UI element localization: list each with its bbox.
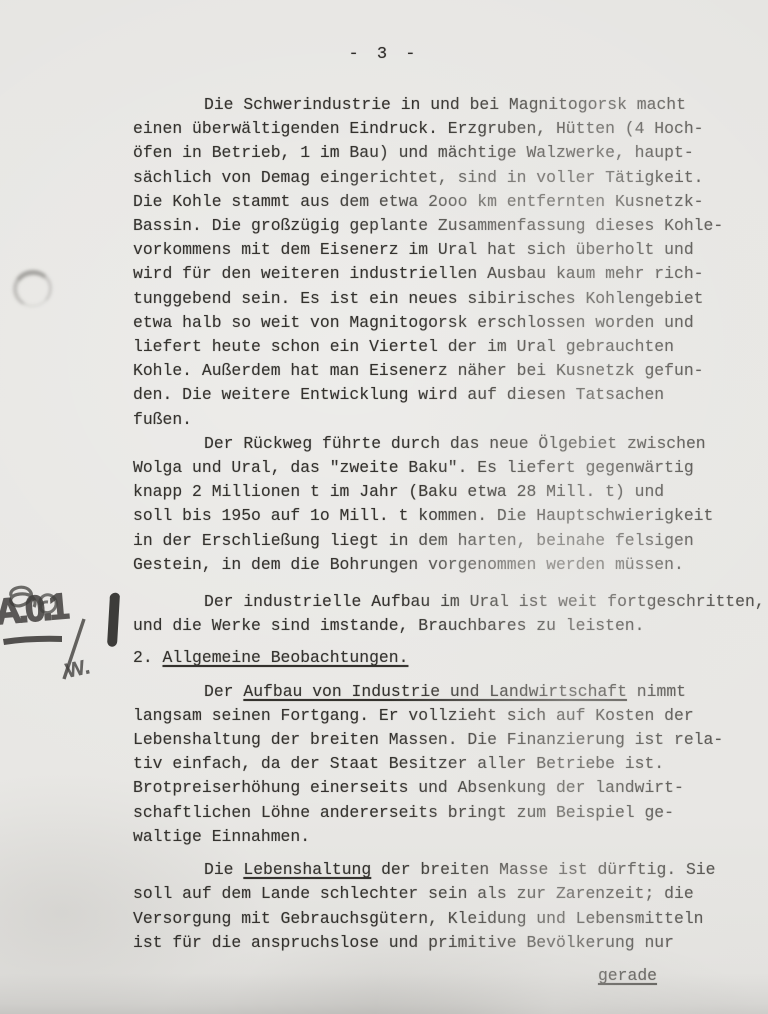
text-segment: Bassin. Die großzügig geplante Zusammenf… xyxy=(133,216,723,235)
text-segment: Brotpreiserhöhung einerseits und Absenku… xyxy=(133,778,684,797)
catchword: gerade xyxy=(133,966,725,985)
underline-stroke xyxy=(3,636,62,645)
text-segment: sächlich von Demag eingerichtet, sind in… xyxy=(133,168,704,187)
text-line: Lebenshaltung der breiten Massen. Die Fi… xyxy=(133,728,733,752)
text-line: schaftlichen Löhne andererseits bringt z… xyxy=(133,801,733,825)
text-line: Die Kohle stammt aus dem etwa 2ooo km en… xyxy=(133,190,733,214)
catchword-text: gerade xyxy=(598,966,657,985)
text-line: Gestein, in dem die Bohrungen vorgenomme… xyxy=(133,553,733,577)
text-segment: ist für die anspruchslose und primitive … xyxy=(133,933,674,952)
text-line: wird für den weiteren industriellen Ausb… xyxy=(133,262,733,286)
page-number: - 3 - xyxy=(0,45,768,64)
paragraph: Der industrielle Aufbau im Ural ist weit… xyxy=(133,590,733,638)
handwritten-annotation: A.0.1 w. xyxy=(0,575,140,695)
text-segment: Die Kohle stammt aus dem etwa 2ooo km en… xyxy=(133,192,704,211)
ink-bar xyxy=(107,593,120,647)
handwriting-svg: A.0.1 w. xyxy=(0,575,140,695)
underlined-text: Aufbau von Industrie und Landwirtschaft xyxy=(243,682,627,701)
text-segment: Die xyxy=(204,860,243,879)
text-segment: knapp 2 Millionen t im Jahr (Baku etwa 2… xyxy=(133,482,664,501)
text-segment: schaftlichen Löhne andererseits bringt z… xyxy=(133,803,674,822)
text-segment: soll bis 195o auf 1o Mill. t kommen. Die… xyxy=(133,506,713,525)
text-segment: vorkommens mit dem Eisenerz im Ural hat … xyxy=(133,240,694,259)
text-line: Versorgung mit Gebrauchsgütern, Kleidung… xyxy=(133,907,733,931)
text-segment: etwa halb so weit von Magnitogorsk ersch… xyxy=(133,313,694,332)
text-segment: Der industrielle Aufbau im Ural ist weit… xyxy=(204,592,765,611)
text-line: langsam seinen Fortgang. Er vollzieht si… xyxy=(133,704,733,728)
text-segment: Wolga und Ural, das "zweite Baku". Es li… xyxy=(133,458,694,477)
body-text: Die Schwerindustrie in und bei Magnitogo… xyxy=(133,93,733,955)
text-line: Wolga und Ural, das "zweite Baku". Es li… xyxy=(133,456,733,480)
text-line: den. Die weitere Entwicklung wird auf di… xyxy=(133,383,733,407)
paragraph: Der Rückweg führte durch das neue Ölgebi… xyxy=(133,432,733,577)
text-line: liefert heute schon ein Viertel der im U… xyxy=(133,335,733,359)
underlined-text: Lebenshaltung xyxy=(243,860,371,879)
text-line: einen überwältigenden Eindruck. Erzgrube… xyxy=(133,117,733,141)
text-segment: Der xyxy=(204,682,243,701)
text-segment: den. Die weitere Entwicklung wird auf di… xyxy=(133,385,664,404)
text-segment: soll auf dem Lande schlechter sein als z… xyxy=(133,884,694,903)
underlined-text: Allgemeine Beobachtungen. xyxy=(163,648,409,667)
text-line: waltige Einnahmen. xyxy=(133,825,733,849)
text-line: etwa halb so weit von Magnitogorsk ersch… xyxy=(133,311,733,335)
paragraph: Die Lebenshaltung der breiten Masse ist … xyxy=(133,858,733,955)
text-segment: Lebenshaltung der breiten Massen. Die Fi… xyxy=(133,730,723,749)
text-line: tiv einfach, da der Staat Besitzer aller… xyxy=(133,752,733,776)
paragraph: Der Aufbau von Industrie und Landwirtsch… xyxy=(133,680,733,849)
text-segment: waltige Einnahmen. xyxy=(133,827,310,846)
text-segment: in der Erschließung liegt in dem harten,… xyxy=(133,531,694,550)
section-heading: 2. Allgemeine Beobachtungen. xyxy=(133,646,733,670)
sub-text: w. xyxy=(62,649,93,684)
text-segment: der breiten Masse ist dürftig. Sie xyxy=(371,860,715,879)
text-line: soll auf dem Lande schlechter sein als z… xyxy=(133,882,733,906)
text-line: tunggebend sein. Es ist ein neues sibiri… xyxy=(133,287,733,311)
text-line: sächlich von Demag eingerichtet, sind in… xyxy=(133,166,733,190)
text-segment: Die Schwerindustrie in und bei Magnitogo… xyxy=(204,95,686,114)
text-line: Der Aufbau von Industrie und Landwirtsch… xyxy=(133,680,733,704)
text-line: 2. Allgemeine Beobachtungen. xyxy=(133,646,733,670)
scanned-page: - 3 - Die Schwerindustrie in und bei Mag… xyxy=(0,0,768,1014)
text-segment: nimmt xyxy=(627,682,686,701)
text-segment: einen überwältigenden Eindruck. Erzgrube… xyxy=(133,119,704,138)
text-segment: tiv einfach, da der Staat Besitzer aller… xyxy=(133,754,664,773)
text-line: Die Lebenshaltung der breiten Masse ist … xyxy=(133,858,733,882)
paragraph: Die Schwerindustrie in und bei Magnitogo… xyxy=(133,93,733,432)
text-line: öfen in Betrieb, 1 im Bau) und mächtige … xyxy=(133,141,733,165)
text-segment: langsam seinen Fortgang. Er vollzieht si… xyxy=(133,706,694,725)
text-line: Kohle. Außerdem hat man Eisenerz näher b… xyxy=(133,359,733,383)
text-line: ist für die anspruchslose und primitive … xyxy=(133,931,733,955)
text-line: Bassin. Die großzügig geplante Zusammenf… xyxy=(133,214,733,238)
text-line: in der Erschließung liegt in dem harten,… xyxy=(133,529,733,553)
text-line: Der Rückweg führte durch das neue Ölgebi… xyxy=(133,432,733,456)
text-line: Der industrielle Aufbau im Ural ist weit… xyxy=(133,590,733,614)
text-segment: wird für den weiteren industriellen Ausb… xyxy=(133,264,704,283)
text-segment: Gestein, in dem die Bohrungen vorgenomme… xyxy=(133,555,684,574)
text-line: Brotpreiserhöhung einerseits und Absenku… xyxy=(133,776,733,800)
text-line: Die Schwerindustrie in und bei Magnitogo… xyxy=(133,93,733,117)
text-segment: liefert heute schon ein Viertel der im U… xyxy=(133,337,674,356)
text-line: knapp 2 Millionen t im Jahr (Baku etwa 2… xyxy=(133,480,733,504)
text-segment: Kohle. Außerdem hat man Eisenerz näher b… xyxy=(133,361,704,380)
text-line: soll bis 195o auf 1o Mill. t kommen. Die… xyxy=(133,504,733,528)
text-line: und die Werke sind imstande, Brauchbares… xyxy=(133,614,733,638)
text-segment: tunggebend sein. Es ist ein neues sibiri… xyxy=(133,289,704,308)
text-segment: öfen in Betrieb, 1 im Bau) und mächtige … xyxy=(133,143,694,162)
text-line: fußen. xyxy=(133,408,733,432)
text-segment: Versorgung mit Gebrauchsgütern, Kleidung… xyxy=(133,909,704,928)
text-segment: und die Werke sind imstande, Brauchbares… xyxy=(133,616,644,635)
smudge-artifact xyxy=(11,267,55,309)
text-segment: Der Rückweg führte durch das neue Ölgebi… xyxy=(204,434,706,453)
text-line: vorkommens mit dem Eisenerz im Ural hat … xyxy=(133,238,733,262)
text-segment: fußen. xyxy=(133,410,192,429)
